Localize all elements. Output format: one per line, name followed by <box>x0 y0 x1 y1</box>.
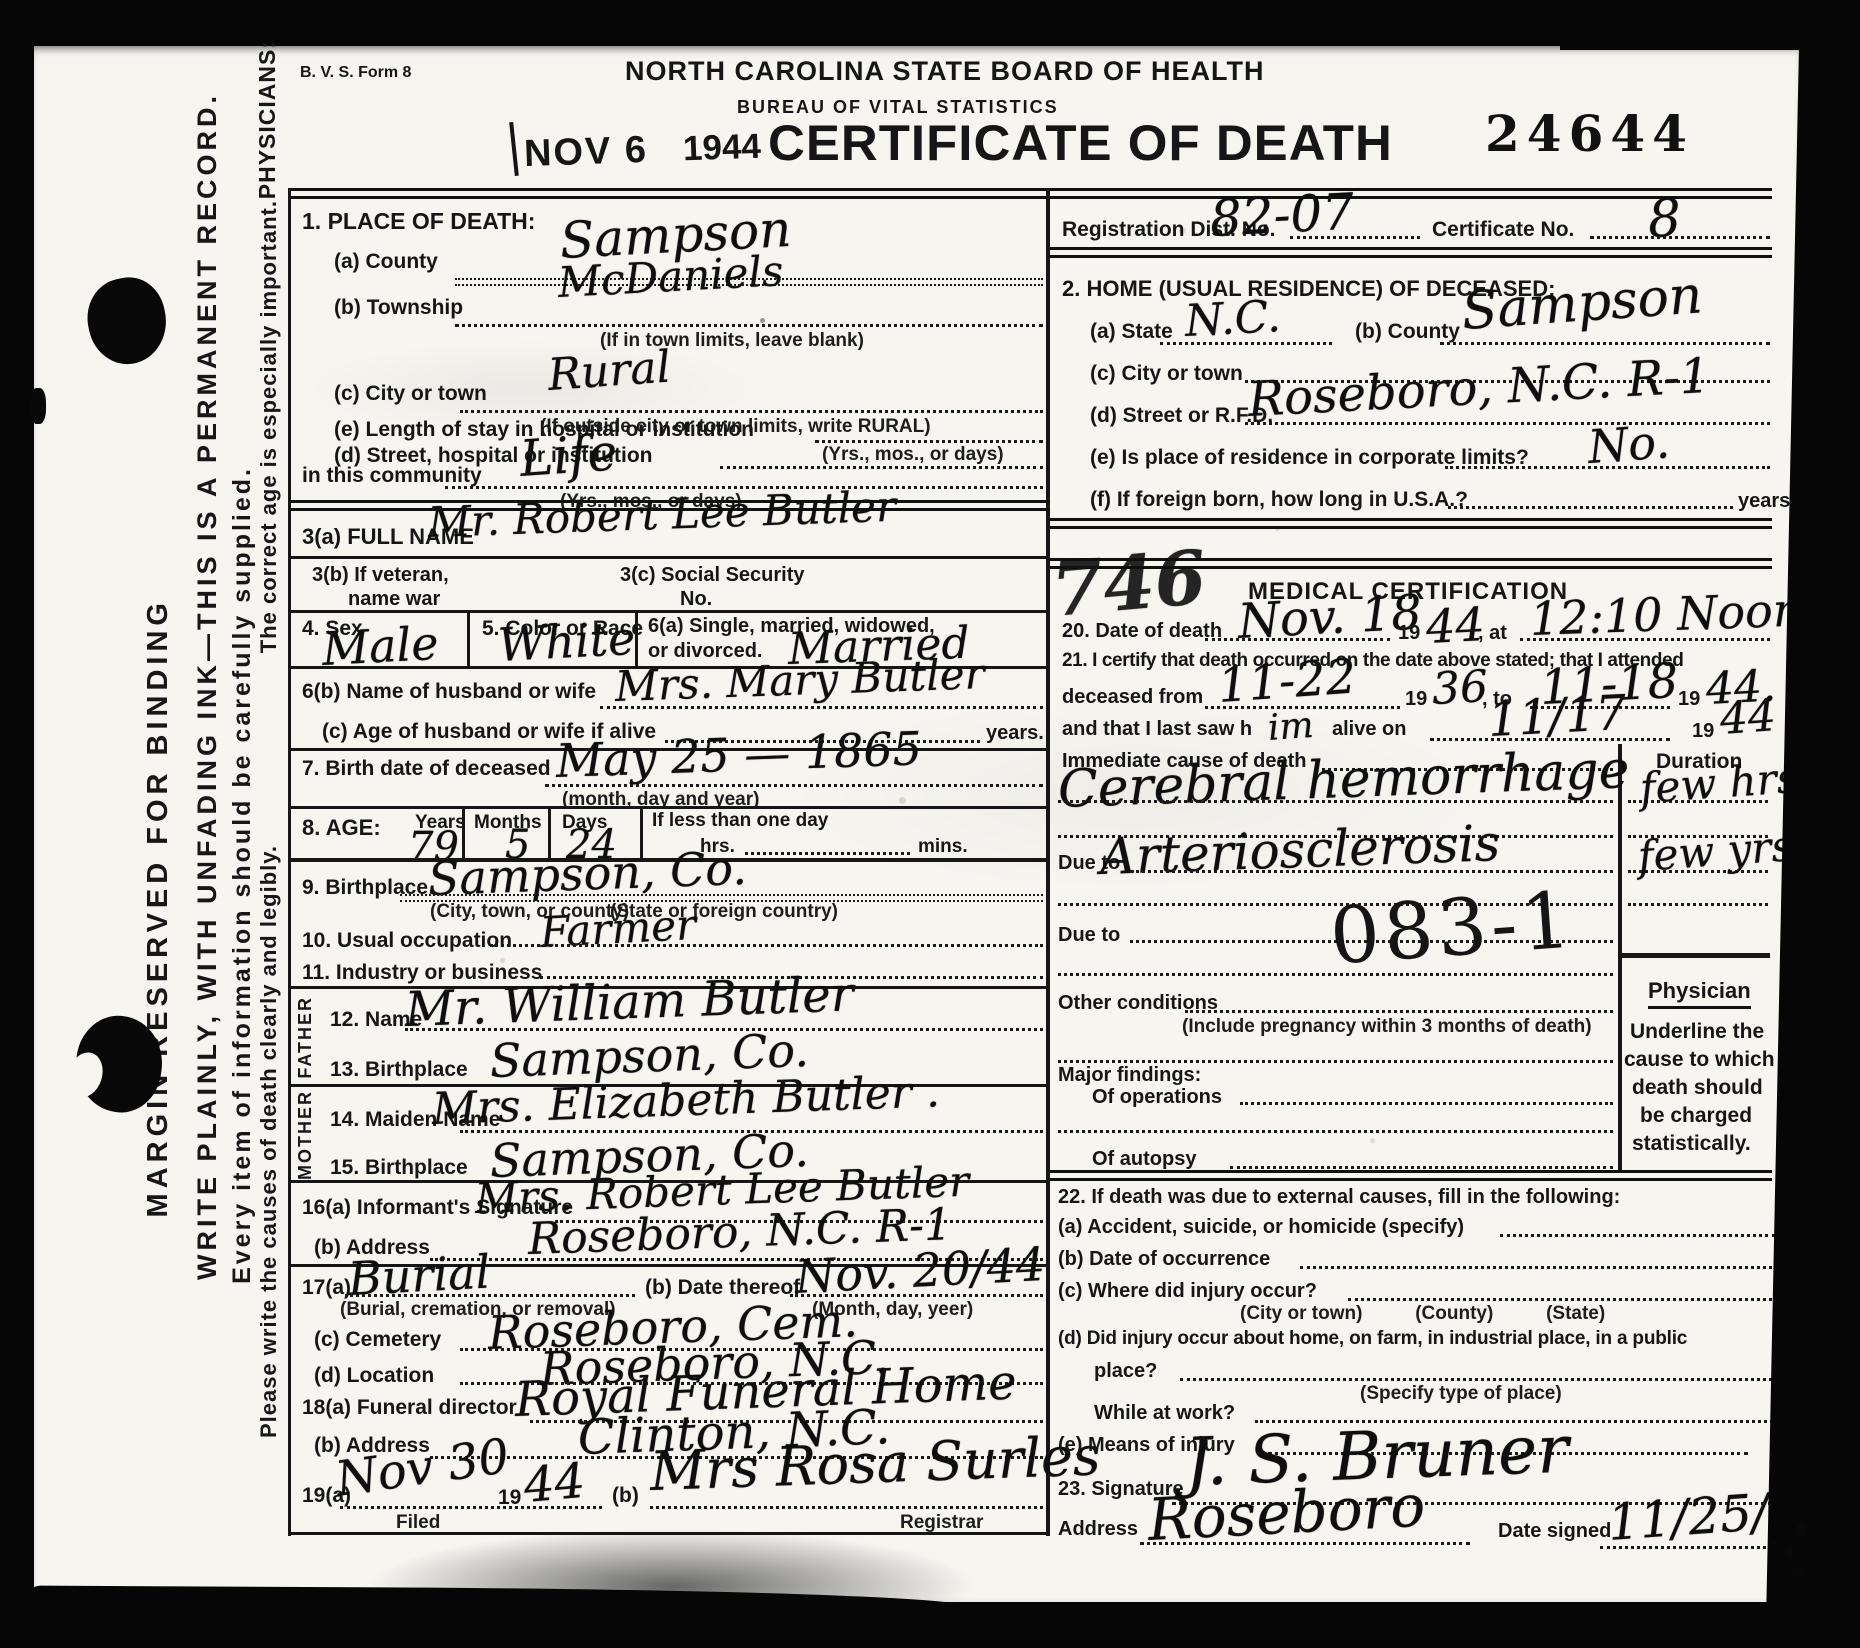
ink-speck <box>1796 1522 1807 1537</box>
s2-state-line <box>1160 342 1332 345</box>
birthdate-line <box>545 784 1043 787</box>
location-label: (d) Location <box>314 1364 434 1388</box>
reg-bottom-rule <box>1050 247 1772 258</box>
header-rule <box>288 188 1772 199</box>
saw-year-value: 44 <box>1718 690 1777 745</box>
last-saw-label: and that I last saw h <box>1062 718 1252 741</box>
registrar-note: Registrar <box>900 1512 983 1534</box>
s2-corporate-line <box>1445 466 1770 469</box>
mother-side-label: MOTHER <box>295 1090 316 1180</box>
received-stamp-year: 1944 <box>682 127 761 170</box>
scan-noise <box>760 318 765 323</box>
reg-cert-label: Certificate No. <box>1432 218 1574 242</box>
s2-county-line <box>1440 342 1770 345</box>
s1-title: 1. PLACE OF DEATH: <box>302 208 535 235</box>
last-saw-line <box>1430 738 1670 741</box>
age-mins-label: mins. <box>918 836 968 858</box>
s1-community-label: in this community <box>302 464 482 488</box>
dod-time-value: 12:10 Noon <box>1529 583 1803 646</box>
column-divider <box>1046 188 1050 1536</box>
from-printed19: 19 <box>1405 688 1427 711</box>
while-at-work-label: While at work? <box>1094 1402 1235 1425</box>
filed-line <box>340 1506 602 1509</box>
row-line <box>288 556 1046 559</box>
duration-box-border <box>1618 744 1622 1172</box>
major-findings-label: Major findings: <box>1058 1064 1201 1087</box>
physician-title: Physician <box>1648 978 1751 1009</box>
margin-plainly-text: WRITE PLAINLY, WITH UNFADING INK—THIS IS… <box>192 92 223 1280</box>
ink-speck <box>1786 1548 1794 1557</box>
s2-state-label: (a) State <box>1090 320 1173 344</box>
ruling-line <box>1058 1060 1613 1063</box>
occupation-line <box>490 944 1043 947</box>
s2-years-suffix: years. <box>1738 490 1796 513</box>
dod-label: 20. Date of death <box>1062 620 1222 643</box>
occupation-value: Farmer <box>539 900 698 957</box>
row-line <box>288 806 1046 809</box>
due-to-label-2: Due to <box>1058 924 1120 947</box>
external-c-note: (City or town) (County) (State) <box>1240 1303 1605 1325</box>
certificate-serial-number: 24644 <box>1485 104 1694 163</box>
s1-city-value: Rural <box>546 341 672 400</box>
reg-cert-line <box>1590 236 1770 239</box>
physician-note-2: cause to which <box>1624 1048 1775 1072</box>
of-autopsy-label: Of autopsy <box>1092 1148 1196 1171</box>
to-printed19: 19 <box>1678 688 1700 711</box>
left-border <box>288 188 291 1536</box>
father-bp-label: 13. Birthplace <box>330 1058 468 1082</box>
reg-cert-value: 8 <box>1646 188 1682 250</box>
page-title: CERTIFICATE OF DEATH <box>768 114 1393 172</box>
sig-address-label: Address <box>1058 1518 1138 1541</box>
ink-speck <box>1792 1566 1805 1576</box>
attended-from-value: 11-22 <box>1216 648 1358 714</box>
ruling-line <box>1058 1130 1613 1133</box>
s2-county-label: (b) County <box>1355 320 1460 344</box>
s2-foreign-line <box>1448 506 1733 509</box>
filed-note: Filed <box>396 1512 440 1534</box>
ssn-label2: No. <box>680 588 712 611</box>
age-label: 8. AGE: <box>302 815 381 841</box>
spouse-age-years: years. <box>986 722 1044 745</box>
occupation-label: 10. Usual occupation <box>302 929 512 953</box>
dod-year-value: 44 <box>1425 597 1486 654</box>
physician-box-top <box>1618 953 1770 958</box>
other-conditions-note: (Include pregnancy within 3 months of de… <box>1182 1016 1592 1038</box>
physician-note-1: Underline the <box>1630 1020 1764 1044</box>
last-saw-him: im <box>1267 705 1315 749</box>
from-year-value: 36 <box>1431 661 1490 715</box>
external-title: 22. If death was due to external causes,… <box>1058 1186 1620 1209</box>
cell-divider <box>635 610 638 668</box>
sig-address-line <box>1140 1542 1470 1545</box>
s1-street-line <box>720 466 1043 469</box>
s2-state-value: N.C. <box>1184 291 1282 347</box>
cause-code-stamp: 083-1 <box>1327 876 1578 983</box>
s1-city-label: (c) City or town <box>334 382 487 406</box>
cause-line <box>1058 800 1613 803</box>
external-c-label: (c) Where did injury occur? <box>1058 1280 1317 1303</box>
external-d-label: (d) Did injury occur about home, on farm… <box>1058 1328 1687 1350</box>
alive-on-label: alive on <box>1332 718 1406 741</box>
external-b-line <box>1300 1266 1778 1269</box>
attended-from-label: deceased from <box>1062 686 1203 709</box>
pencil-scribble-code: 746 <box>1048 535 1209 634</box>
external-d2-label: place? <box>1094 1360 1157 1383</box>
registrar-b-label: (b) <box>612 1484 639 1508</box>
veteran-label: 3(b) If veteran, <box>312 564 449 587</box>
s1-township-label: (b) Township <box>334 296 463 320</box>
age-less-header: If less than one day <box>652 810 828 832</box>
of-operations-label: Of operations <box>1092 1086 1222 1109</box>
s1-stay-line <box>815 440 1043 443</box>
external-b-label: (b) Date of occurrence <box>1058 1248 1270 1271</box>
of-autopsy-line <box>1230 1166 1613 1169</box>
cemetery-label: (c) Cemetery <box>314 1328 441 1352</box>
external-a-label: (a) Accident, suicide, or homicide (spec… <box>1058 1216 1464 1239</box>
physician-note-4: be charged <box>1640 1104 1752 1128</box>
birthdate-label: 7. Birth date of deceased <box>302 757 551 781</box>
s1-county-label: (a) County <box>334 250 438 274</box>
external-c-line <box>1348 1298 1778 1301</box>
date-signed-label: Date signed <box>1498 1520 1611 1543</box>
cell-divider <box>467 610 470 668</box>
row-line <box>288 1532 1046 1535</box>
father-side-label: FATHER <box>295 996 316 1079</box>
s2-corporate-value: No. <box>1586 414 1671 474</box>
of-operations-line <box>1240 1102 1613 1105</box>
margin-binding-text: MARGIN RESERVED FOR BINDING <box>142 598 175 1217</box>
ssn-label: 3(c) Social Security <box>620 564 805 587</box>
s2-street-line <box>1245 422 1770 425</box>
ink-speck <box>1772 1540 1778 1546</box>
s1-stay-note: (Yrs., mos., or days) <box>822 444 1004 466</box>
external-d-note: (Specify type of place) <box>1360 1383 1562 1405</box>
margin-every-item-text: Every item of information should be care… <box>228 466 257 1284</box>
received-stamp-date: NOV 6 <box>523 129 648 176</box>
reg-dist-line <box>1290 236 1420 239</box>
funeral-director-label: 18(a) Funeral director <box>302 1396 517 1420</box>
due1-line <box>1130 870 1613 873</box>
s1-community-value: Life <box>518 423 619 488</box>
edge-mark <box>30 388 46 424</box>
external-a-line <box>1500 1234 1775 1237</box>
board-title: NORTH CAROLINA STATE BOARD OF HEALTH <box>625 56 1264 87</box>
form-number: B. V. S. Form 8 <box>300 64 411 82</box>
death-certificate-scan: B. V. S. Form 8 NORTH CAROLINA STATE BOA… <box>0 0 1860 1648</box>
spouse-line <box>600 706 1043 709</box>
margin-please-write-text: Please write the causes of death clearly… <box>256 845 282 1438</box>
s1-city-line <box>460 410 1043 413</box>
physician-note-5: statistically. <box>1632 1132 1751 1156</box>
margin-correct-age-text: The correct age is especially important. <box>256 200 282 653</box>
filed-year-value: 44 <box>522 1453 588 1514</box>
ruling-line <box>1628 903 1768 906</box>
medical-bottom-rule <box>1050 1170 1772 1181</box>
saw-printed19: 19 <box>1692 720 1714 743</box>
s2-city-label: (c) City or town <box>1090 362 1243 386</box>
mother-bp-label: 15. Birthplace <box>330 1156 468 1180</box>
burial-type-line <box>345 1294 635 1297</box>
s2-bottom-rule <box>1050 518 1772 529</box>
spouse-label: 6(b) Name of husband or wife <box>302 680 596 704</box>
dod-printed19: 19 <box>1398 622 1420 645</box>
other-conditions-line <box>1185 1010 1613 1013</box>
margin-physicians-text: PHYSICIANS: <box>254 40 281 199</box>
registrar-line <box>650 1506 1043 1509</box>
external-d-line <box>1180 1378 1778 1381</box>
burial-label: 17(a) <box>302 1276 351 1300</box>
dod-at-label: , at <box>1478 622 1507 645</box>
veteran-label2: name war <box>348 588 440 611</box>
s1-township-line <box>455 324 1043 327</box>
row-line <box>288 610 1046 613</box>
physician-note-3: death should <box>1632 1076 1763 1100</box>
ruling-line <box>1058 973 1613 976</box>
age-hrs-line <box>745 852 910 855</box>
date-signed-line <box>1600 1546 1778 1549</box>
dod-line2 <box>1520 638 1770 641</box>
s2-foreign-label: (f) If foreign born, how long in U.S.A.? <box>1090 488 1468 512</box>
dod-line1 <box>1205 638 1390 641</box>
